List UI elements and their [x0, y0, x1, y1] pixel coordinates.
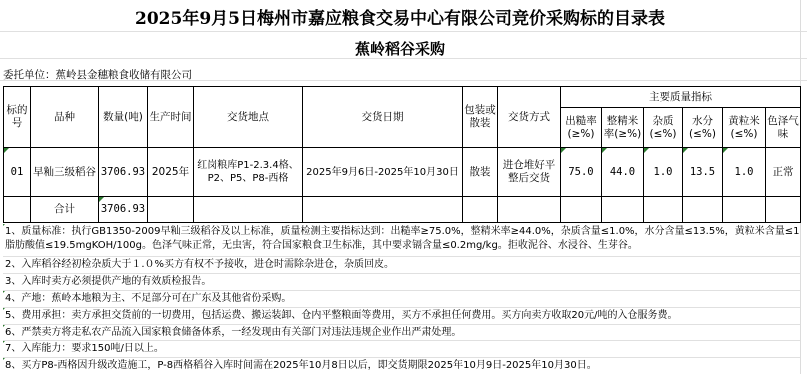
- total-empty-cell[interactable]: [683, 197, 723, 223]
- total-empty-cell[interactable]: [303, 197, 463, 223]
- total-empty-cell[interactable]: [148, 197, 194, 223]
- header-delivery-method: 交货方式: [498, 87, 561, 148]
- notes-section: 1、质量标准：执行GB1350-2009早籼三级稻谷及以上标准，质量检测主要指标…: [3, 224, 800, 374]
- total-empty-cell[interactable]: [766, 197, 801, 223]
- header-delivery-location: 交货地点: [194, 87, 303, 148]
- header-quantity: 数量(吨): [99, 87, 148, 148]
- note-1-line-1: 1、质量标准：执行GB1350-2009早籼三级稻谷及以上标准，质量检测主要指标…: [5, 225, 800, 239]
- header-hull-rate: 出糙率(≥%): [561, 108, 602, 148]
- note-5[interactable]: 5、费用承担：卖方承担交货前的一切费用，包括运费、搬运装卸、仓内平整粮面等费用，…: [3, 308, 800, 325]
- note-4[interactable]: 4、产地：蕉岭本地粮为主、不足部分可在广东及其他省份采购。: [3, 291, 800, 308]
- cell-delivery-location[interactable]: 红岗粮库P1-2.3.4格、P2、P5、P8-西格: [194, 148, 303, 197]
- cell-color-odor[interactable]: 正常: [766, 148, 801, 197]
- cell-impurity[interactable]: 1.0: [644, 148, 683, 197]
- note-1-line-2: 脂肪酸值≤19.5mgKOH/100g。色泽气味正常，无虫害，符合国家粮食卫生标…: [5, 239, 800, 253]
- header-yellow-rice: 黄粒米(≤%): [723, 108, 766, 148]
- note-8[interactable]: 8、买方P8-西格因升级改造施工，P-8西格稻谷入库时间需在2025年10月8日…: [3, 358, 800, 374]
- cell-head-rice[interactable]: 44.0: [602, 148, 644, 197]
- header-impurity: 杂质(≤%): [644, 108, 683, 148]
- total-empty-cell[interactable]: [4, 197, 31, 223]
- table-row: 01 早籼三级稻谷 3706.93 2025年 红岗粮库P1-2.3.4格、P2…: [4, 148, 801, 197]
- note-1[interactable]: 1、质量标准：执行GB1350-2009早籼三级稻谷及以上标准，质量检测主要指标…: [3, 224, 800, 257]
- header-delivery-date: 交货日期: [303, 87, 463, 148]
- cell-delivery-method[interactable]: 进仓堆好平整后交货: [498, 148, 561, 197]
- total-empty-cell[interactable]: [644, 197, 683, 223]
- header-quality-group: 主要质量指标: [561, 87, 801, 108]
- header-production-time: 生产时间: [148, 87, 194, 148]
- total-quantity[interactable]: 3706.93: [99, 197, 148, 223]
- cell-yellow-rice[interactable]: 1.0: [723, 148, 766, 197]
- total-empty-cell[interactable]: [463, 197, 498, 223]
- total-label[interactable]: 合计: [31, 197, 99, 223]
- total-empty-cell[interactable]: [602, 197, 644, 223]
- total-empty-cell[interactable]: [561, 197, 602, 223]
- header-variety: 品种: [31, 87, 99, 148]
- procurement-table: 标的号 品种 数量(吨) 生产时间 交货地点 交货日期 包装或散装 交货方式 主…: [3, 86, 801, 223]
- cell-hull-rate[interactable]: 75.0: [561, 148, 602, 197]
- header-color-odor: 色泽气味: [766, 108, 801, 148]
- cell-variety[interactable]: 早籼三级稻谷: [31, 148, 99, 197]
- header-lot-no: 标的号: [4, 87, 31, 148]
- cell-packaging[interactable]: 散装: [463, 148, 498, 197]
- note-7[interactable]: 7、入库能力：要求150吨/日以上。: [3, 341, 800, 358]
- page-title: 2025年9月5日梅州市嘉应粮食交易中心有限公司竞价采购标的目录表: [0, 4, 800, 29]
- header-moisture: 水分(≤%): [683, 108, 723, 148]
- cell-lot-no[interactable]: 01: [4, 148, 31, 197]
- cell-moisture[interactable]: 13.5: [683, 148, 723, 197]
- client-unit: 委托单位：蕉岭县金穗粮食收储有限公司: [3, 67, 192, 82]
- total-empty-cell[interactable]: [723, 197, 766, 223]
- page-subtitle: 蕉岭稻谷采购: [0, 38, 800, 59]
- cell-delivery-date[interactable]: 2025年9月6日-2025年10月30日: [303, 148, 463, 197]
- note-6[interactable]: 6、严禁卖方将走私农产品流入国家粮食储备体系，一经发现由有关部门对违法违规企业作…: [3, 325, 800, 342]
- total-empty-cell[interactable]: [498, 197, 561, 223]
- note-3[interactable]: 3、入库时卖方必须提供产地的有效质检报告。: [3, 274, 800, 291]
- total-empty-cell[interactable]: [194, 197, 303, 223]
- cell-quantity[interactable]: 3706.93: [99, 148, 148, 197]
- cell-production-time[interactable]: 2025年: [148, 148, 194, 197]
- header-packaging: 包装或散装: [463, 87, 498, 148]
- note-2[interactable]: 2、入库稻谷经初检杂质大于１.０%买方有权不予接收，进仓时需除杂进仓，杂质回皮。: [3, 257, 800, 274]
- header-head-rice: 整精米率(≥%): [602, 108, 644, 148]
- total-row: 合计 3706.93: [4, 197, 801, 223]
